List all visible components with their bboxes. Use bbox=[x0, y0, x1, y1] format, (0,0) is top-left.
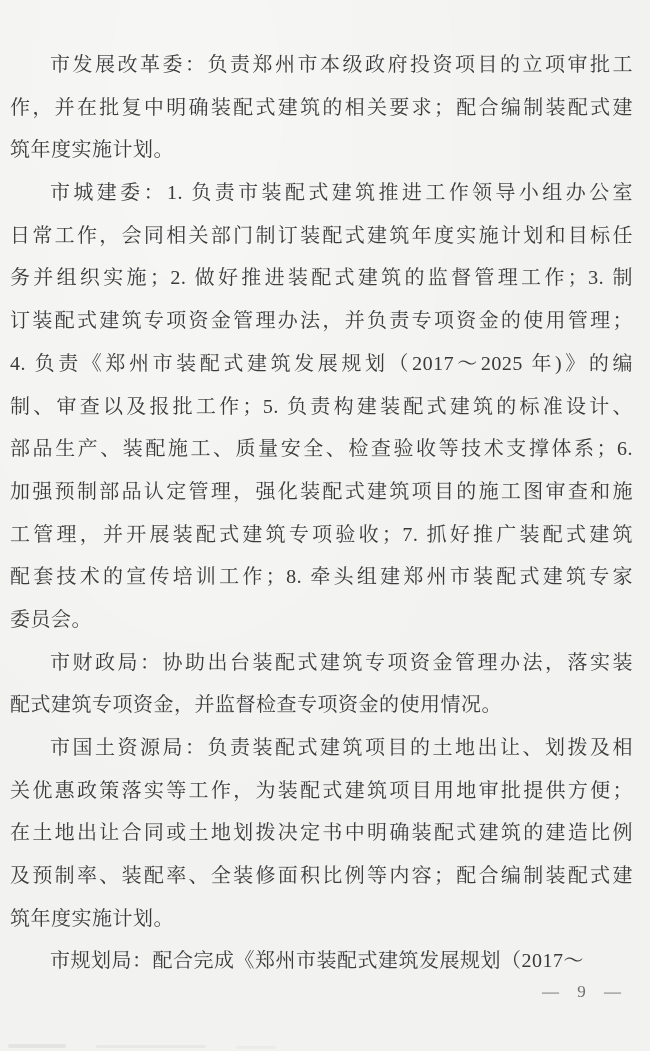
text-line: 筑年度实施计划。 bbox=[10, 129, 633, 172]
scan-artifact bbox=[8, 1044, 66, 1048]
text-line: 部品生产、装配施工、质量安全、检查验收等技术支撑体系；6. bbox=[10, 428, 633, 471]
text-line: 配套技术的宣传培训工作；8. 牵头组建郑州市装配式建筑专家 bbox=[10, 556, 633, 599]
text-line: 配式建筑专项资金，并监督检查专项资金的使用情况。 bbox=[10, 684, 633, 727]
text-line: 加强预制部品认定管理，强化装配式建筑项目的施工图审查和施 bbox=[10, 471, 633, 514]
text-line: 务并组织实施；2. 做好推进装配式建筑的监督管理工作；3. 制 bbox=[10, 257, 633, 300]
scan-artifact bbox=[96, 1045, 206, 1048]
page-footer: — 9 — bbox=[542, 980, 622, 1004]
text-line: 作，并在批复中明确装配式建筑的相关要求；配合编制装配式建 bbox=[10, 87, 633, 130]
text-line: 订装配式建筑专项资金管理办法，并负责专项资金的使用管理； bbox=[10, 300, 633, 343]
text-line: 市城建委：1. 负责市装配式建筑推进工作领导小组办公室 bbox=[10, 172, 633, 215]
text-line: 市规划局：配合完成《郑州市装配式建筑发展规划（2017～ bbox=[10, 940, 633, 983]
text-line: 工管理，并开展装配式建筑专项验收；7. 抓好推广装配式建筑 bbox=[10, 514, 633, 557]
scan-artifact bbox=[236, 1046, 276, 1049]
document-page: 市发展改革委：负责郑州市本级政府投资项目的立项审批工作，并在批复中明确装配式建筑… bbox=[0, 0, 650, 1051]
text-line: 市发展改革委：负责郑州市本级政府投资项目的立项审批工 bbox=[10, 44, 633, 87]
document-body: 市发展改革委：负责郑州市本级政府投资项目的立项审批工作，并在批复中明确装配式建筑… bbox=[10, 44, 633, 983]
text-line: 委员会。 bbox=[10, 599, 633, 642]
page-number: — 9 — bbox=[542, 982, 622, 1001]
text-line: 4. 负责《郑州市装配式建筑发展规划（2017～2025 年)》的编 bbox=[10, 343, 633, 386]
text-line: 在土地出让合同或土地划拨决定书中明确装配式建筑的建造比例 bbox=[10, 812, 633, 855]
text-line: 关优惠政策落实等工作，为装配式建筑项目用地审批提供方便； bbox=[10, 770, 633, 813]
text-line: 市国土资源局：负责装配式建筑项目的土地出让、划拨及相 bbox=[10, 727, 633, 770]
text-line: 市财政局：协助出台装配式建筑专项资金管理办法，落实装 bbox=[10, 642, 633, 685]
text-line: 制、审查以及报批工作；5. 负责构建装配式建筑的标准设计、 bbox=[10, 386, 633, 429]
text-line: 及预制率、装配率、全装修面积比例等内容；配合编制装配式建 bbox=[10, 855, 633, 898]
text-line: 日常工作，会同相关部门制订装配式建筑年度实施计划和目标任 bbox=[10, 215, 633, 258]
text-line: 筑年度实施计划。 bbox=[10, 898, 633, 941]
